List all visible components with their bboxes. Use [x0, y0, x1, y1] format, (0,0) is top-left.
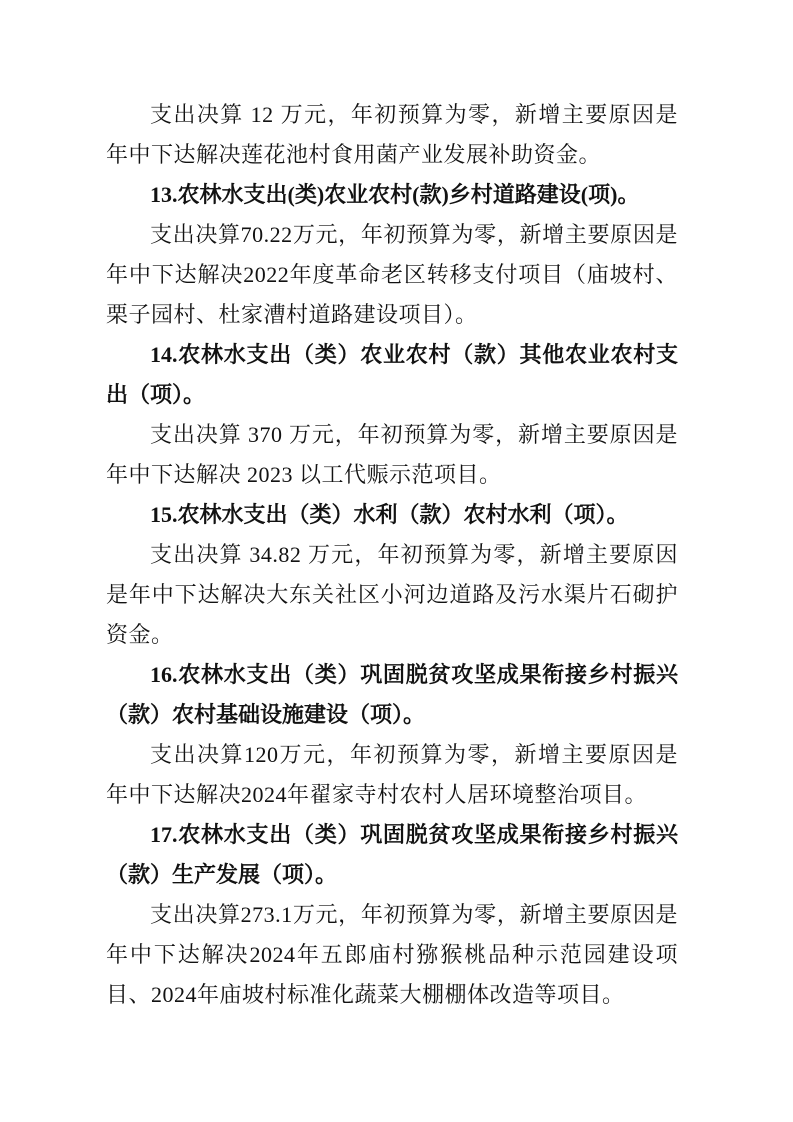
- paragraph-expenditure-273-1wy: 支出决算273.1万元，年初预算为零，新增主要原因是年中下达解决2024年五郎庙…: [106, 895, 678, 1015]
- heading-item-17-production-dev: 17.农林水支出（类）巩固脱贫攻坚成果衔接乡村振兴（款）生产发展（项）。: [106, 815, 678, 895]
- paragraph-expenditure-34-82wy: 支出决算 34.82 万元，年初预算为零，新增主要原因是年中下达解决大东关社区小…: [106, 535, 678, 655]
- heading-item-16-rural-infra: 16.农林水支出（类）巩固脱贫攻坚成果衔接乡村振兴（款）农村基础设施建设（项）。: [106, 655, 678, 735]
- paragraph-expenditure-70-22wy: 支出决算70.22万元，年初预算为零，新增主要原因是年中下达解决2022年度革命…: [106, 215, 678, 335]
- heading-item-15-rural-water: 15.农林水支出（类）水利（款）农村水利（项）。: [106, 495, 678, 535]
- paragraph-expenditure-120wy: 支出决算120万元，年初预算为零，新增主要原因是年中下达解决2024年翟家寺村农…: [106, 735, 678, 815]
- document-page: 支出决算 12 万元，年初预算为零，新增主要原因是年中下达解决莲花池村食用菌产业…: [0, 0, 793, 1122]
- paragraph-expenditure-12wy: 支出决算 12 万元，年初预算为零，新增主要原因是年中下达解决莲花池村食用菌产业…: [106, 95, 678, 175]
- heading-item-14-other-agriculture: 14.农林水支出（类）农业农村（款）其他农业农村支出（项）。: [106, 335, 678, 415]
- paragraph-expenditure-370wy: 支出决算 370 万元，年初预算为零，新增主要原因是年中下达解决 2023 以工…: [106, 415, 678, 495]
- document-body: 支出决算 12 万元，年初预算为零，新增主要原因是年中下达解决莲花池村食用菌产业…: [106, 95, 678, 1015]
- heading-item-13-rural-road: 13.农林水支出(类)农业农村(款)乡村道路建设(项)。: [106, 175, 678, 215]
